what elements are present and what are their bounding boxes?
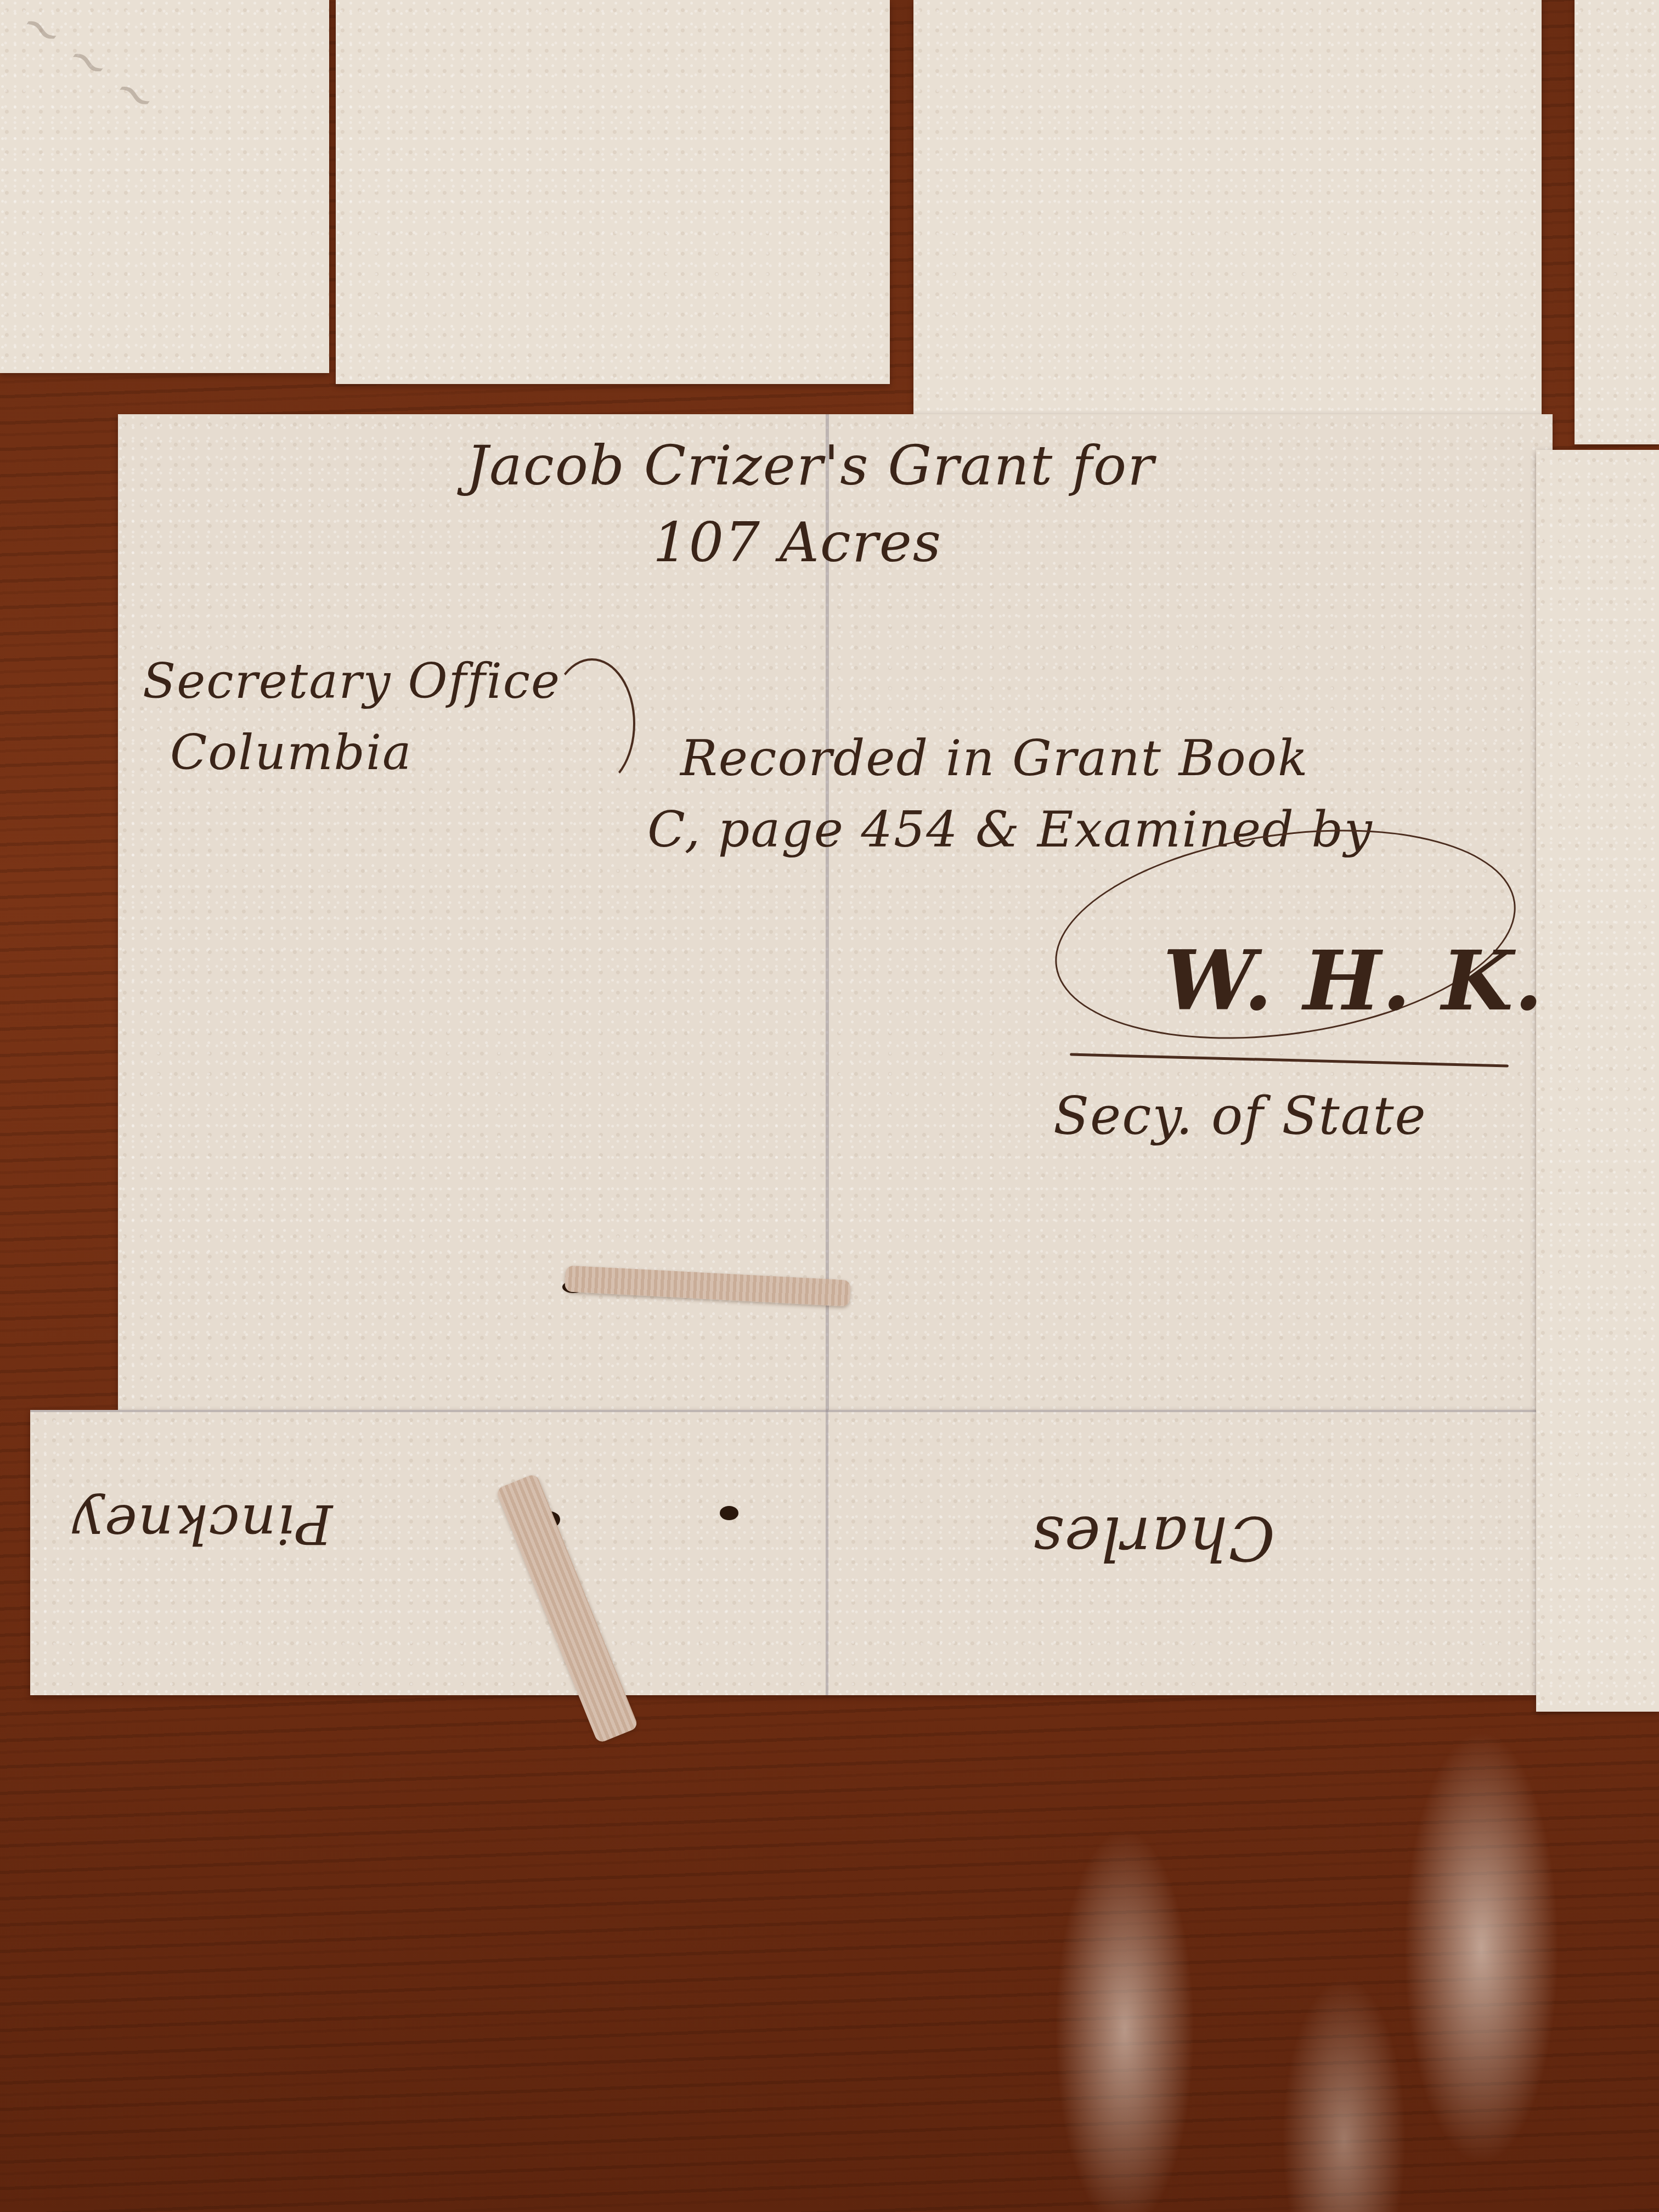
paper-panel-top-left: ~ ~ ~ [0,0,329,373]
office-line1: Secretary Office [143,653,561,709]
paper-panel-far-right-top [1575,0,1659,444]
bottom-strip-text-left: Pinckney [71,1492,332,1556]
docket-title-line2: 107 Acres [653,510,942,574]
secretary-signature: W. H. K. [1163,933,1544,1029]
punch-hole [720,1506,738,1520]
office-line2: Columbia [170,724,413,781]
paper-panel-far-right [1536,450,1659,1712]
paper-panel-top-center [336,0,890,384]
docket-title-line1: Jacob Crizer's Grant for [466,433,1155,498]
record-note-line1: Recorded in Grant Book [680,730,1308,787]
bottom-strip-text-right: Charles [1031,1503,1275,1573]
signer-title: Secy. of State [1053,1086,1427,1147]
paper-panel-top-right [913,0,1542,414]
vertical-fold-lower [826,1410,828,1695]
brace-flourish [549,658,635,789]
horizontal-fold [30,1410,1553,1412]
bleed-through-text: ~ ~ ~ [9,0,169,130]
